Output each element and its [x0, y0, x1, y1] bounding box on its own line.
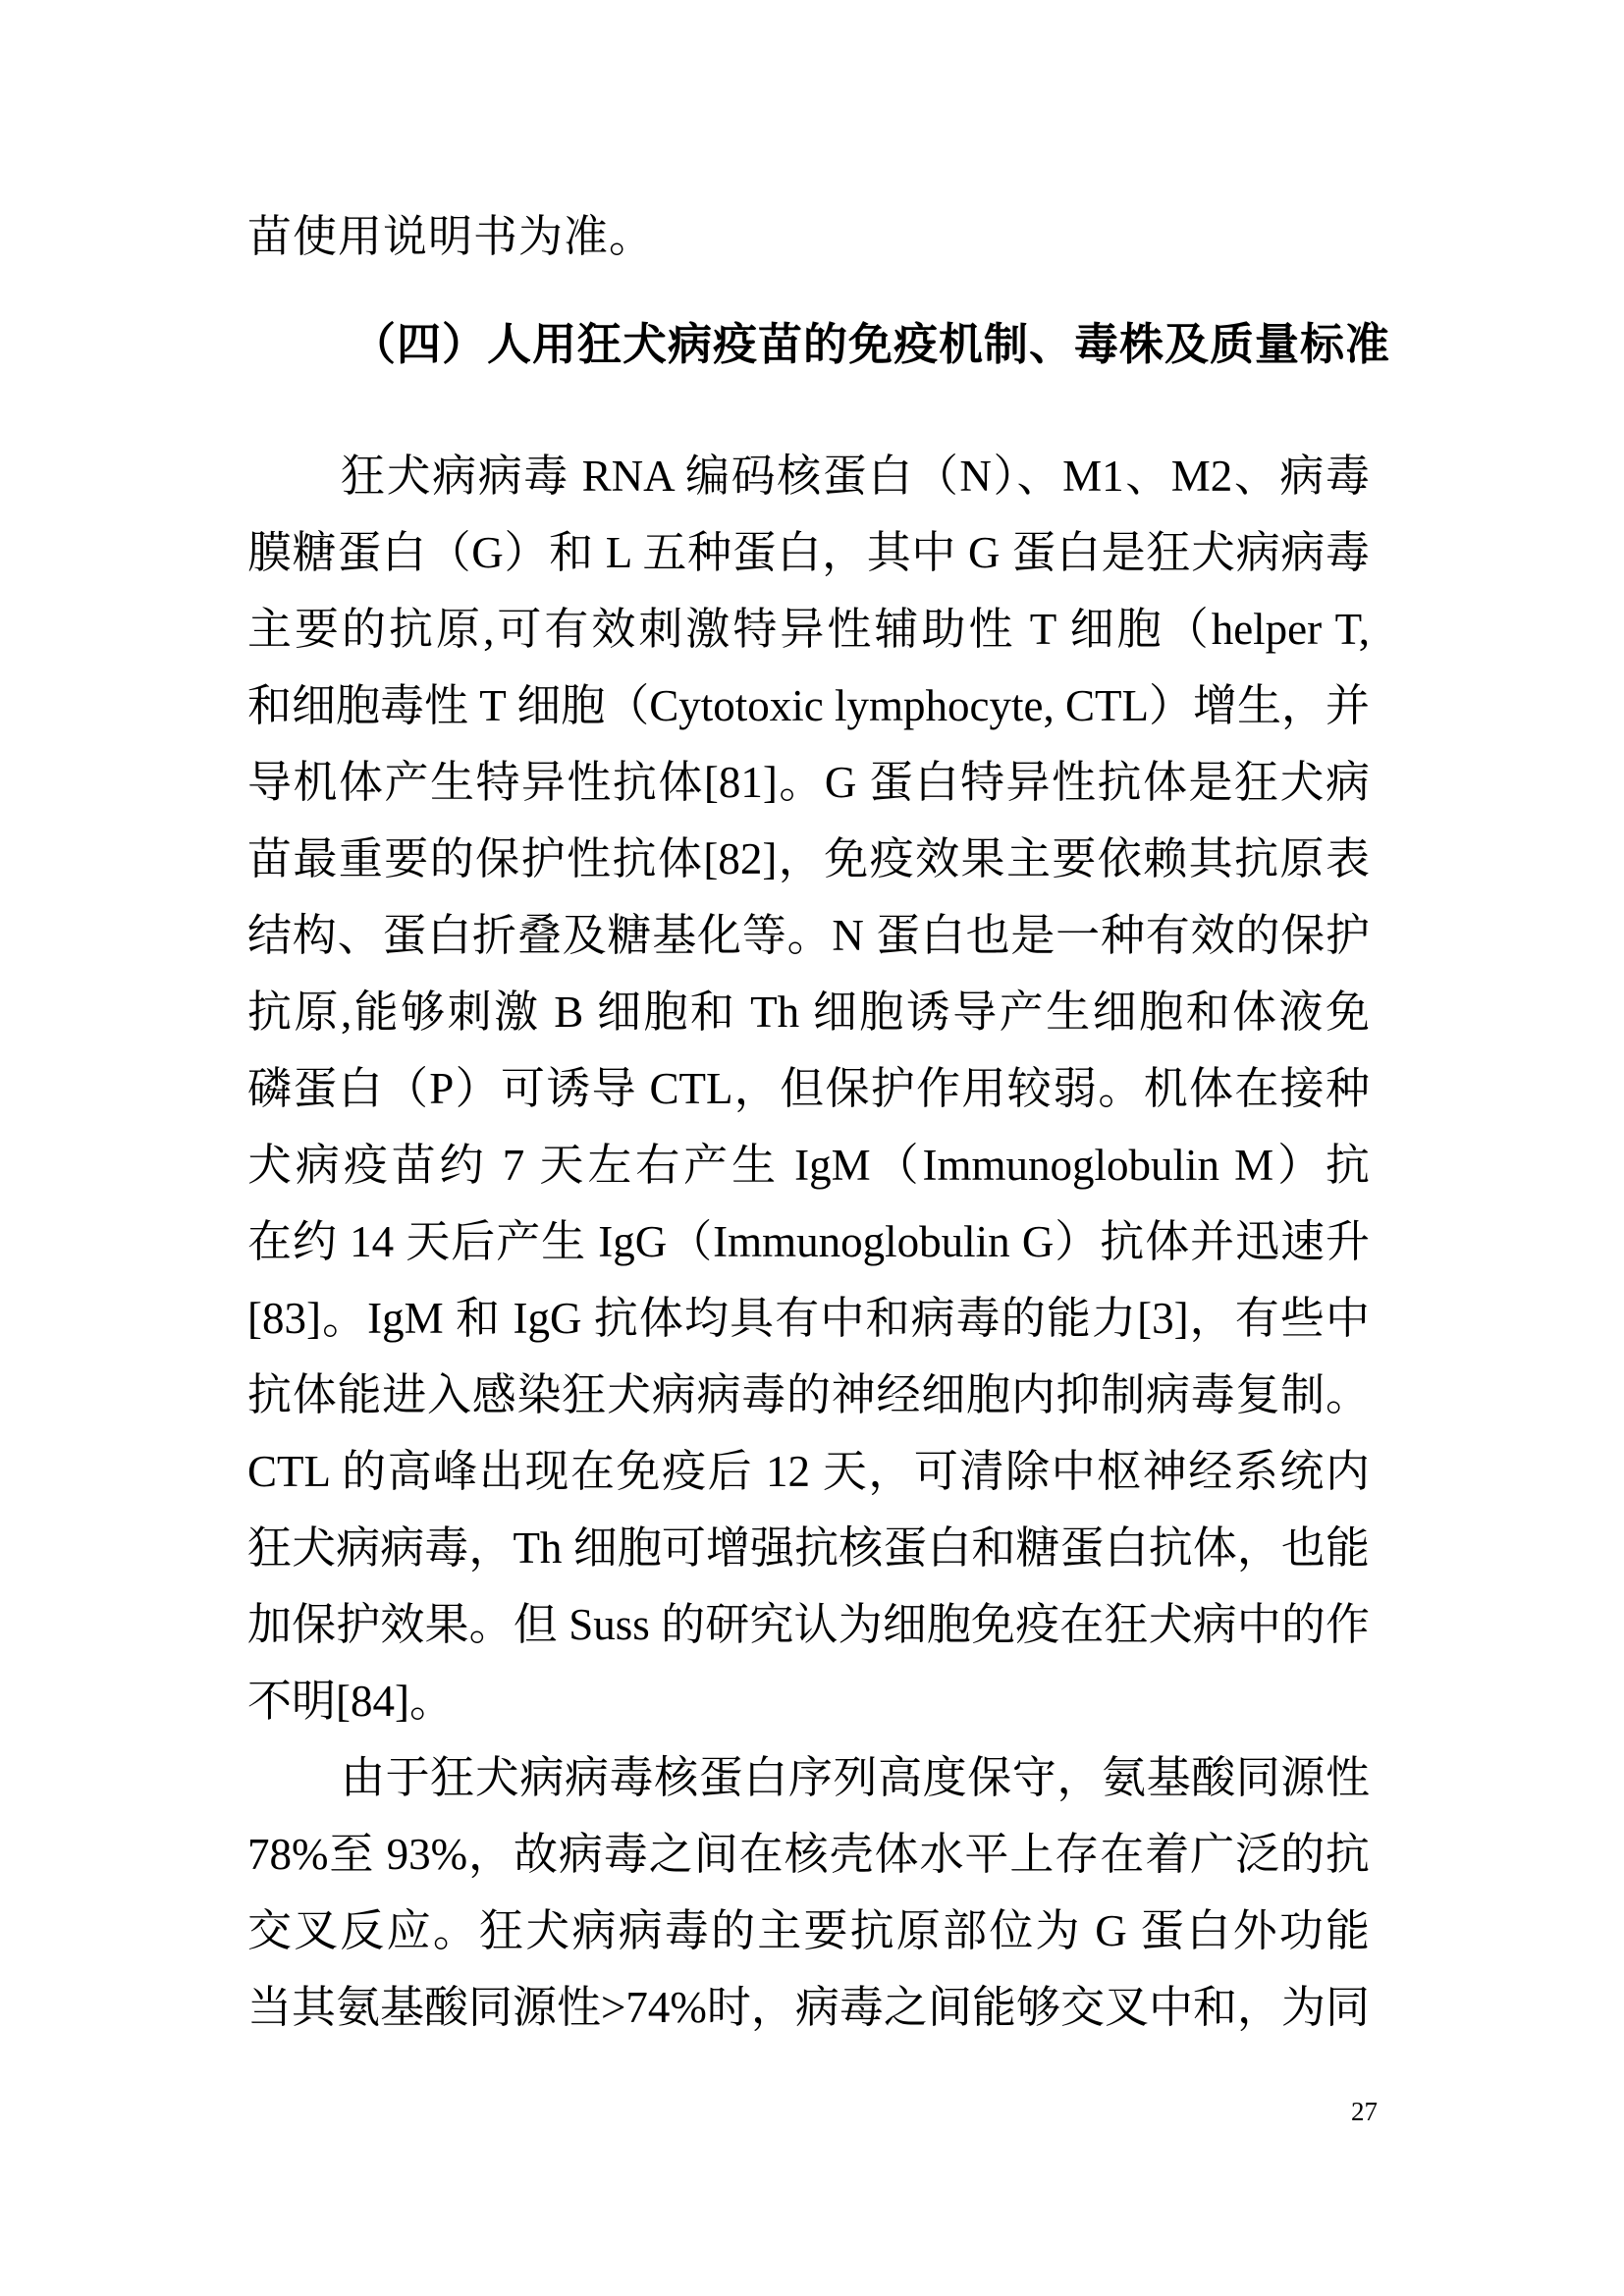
- body-line: CTL 的高峰出现在免疫后 12 天，可清除中枢神经系统内的: [247, 1433, 1370, 1510]
- body-line: 犬病疫苗约 7 天左右产生 IgM（Immunoglobulin M）抗体，: [247, 1127, 1370, 1203]
- body-line: 由于狂犬病病毒核蛋白序列高度保守，氨基酸同源性达: [247, 1739, 1370, 1816]
- body-line: 交叉反应。狂犬病病毒的主要抗原部位为 G 蛋白外功能区，: [247, 1893, 1370, 1969]
- body-line: 抗原,能够刺激 B 细胞和 Th 细胞诱导产生细胞和体液免疫。: [247, 974, 1370, 1050]
- body-line: 结构、蛋白折叠及糖基化等。N 蛋白也是一种有效的保护性: [247, 897, 1370, 974]
- body-line: 狂犬病病毒，Th 细胞可增强抗核蛋白和糖蛋白抗体，也能增: [247, 1510, 1370, 1586]
- page-number: 27: [1351, 2097, 1378, 2126]
- body-line: 和细胞毒性 T 细胞（Cytotoxic lymphocyte, CTL）增生，…: [247, 667, 1370, 744]
- body-text: 狂犬病病毒 RNA 编码核蛋白（N）、M1、M2、病毒包 膜糖蛋白（G）和 L …: [247, 438, 1370, 2046]
- body-line: 当其氨基酸同源性>74%时，病毒之间能够交叉中和，为同一: [247, 1969, 1370, 2046]
- body-line: 抗体能进入感染狂犬病病毒的神经细胞内抑制病毒复制。: [247, 1357, 1370, 1433]
- body-line: 导机体产生特异性抗体[81]。G 蛋白特异性抗体是狂犬病疫: [247, 744, 1370, 821]
- section-heading: （四）人用狂犬病疫苗的免疫机制、毒株及质量标准: [352, 320, 1390, 369]
- body-line: 加保护效果。但 Suss 的研究认为细胞免疫在狂犬病中的作用: [247, 1586, 1370, 1663]
- paragraph-continuation-line: 苗使用说明书为准。: [247, 212, 1370, 261]
- body-line: 不明[84]。: [247, 1663, 1370, 1739]
- body-line: 在约 14 天后产生 IgG（Immunoglobulin G）抗体并迅速升高: [247, 1203, 1370, 1280]
- body-line: 78%至 93%，故病毒之间在核壳体水平上存在着广泛的抗原: [247, 1816, 1370, 1893]
- body-line: [83]。IgM 和 IgG 抗体均具有中和病毒的能力[3]，有些中和: [247, 1280, 1370, 1357]
- body-line: 膜糖蛋白（G）和 L 五种蛋白，其中 G 蛋白是狂犬病病毒最: [247, 514, 1370, 591]
- body-line: 主要的抗原,可有效刺激特异性辅助性 T 细胞（helper T, Th）: [247, 591, 1370, 667]
- body-line: 苗最重要的保护性抗体[82]，免疫效果主要依赖其抗原表位、: [247, 821, 1370, 897]
- body-line: 磷蛋白（P）可诱导 CTL，但保护作用较弱。机体在接种狂: [247, 1050, 1370, 1127]
- document-page: 苗使用说明书为准。 （四）人用狂犬病疫苗的免疫机制、毒株及质量标准 狂犬病病毒 …: [0, 0, 1624, 2296]
- body-line: 狂犬病病毒 RNA 编码核蛋白（N）、M1、M2、病毒包: [247, 438, 1370, 514]
